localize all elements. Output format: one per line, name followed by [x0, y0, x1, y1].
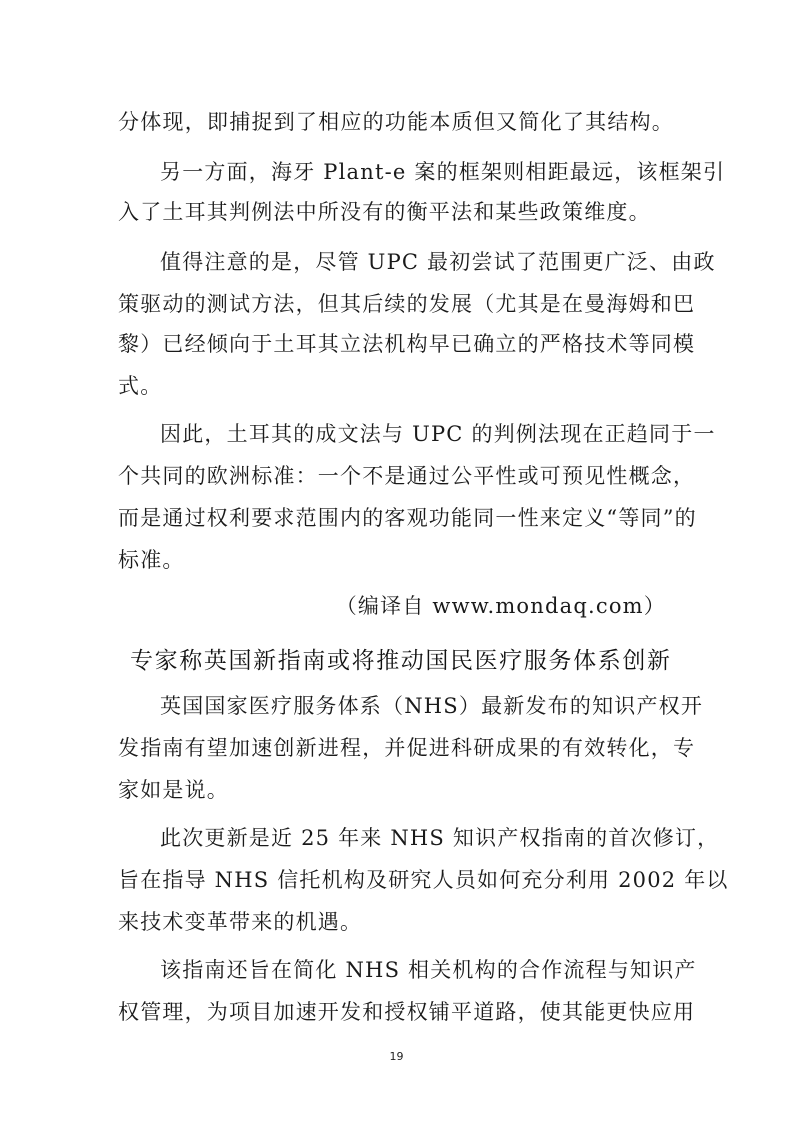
paragraph-line: 来技术变革带来的机遇。: [118, 908, 674, 936]
paragraph-line: 值得注意的是，尽管 UPC 最初尝试了范围更广泛、由政: [160, 248, 674, 276]
paragraph-line: 另一方面，海牙 Plant-e 案的框架则相距最远，该框架引: [160, 158, 674, 186]
paragraph-line: 标准。: [118, 546, 674, 574]
paragraph-line: 该指南还旨在简化 NHS 相关机构的合作流程与知识产: [160, 956, 674, 984]
paragraph-line: 分体现，即捕捉到了相应的功能本质但又简化了其结构。: [118, 108, 674, 136]
paragraph-line: 英国国家医疗服务体系（NHS）最新发布的知识产权开: [160, 692, 674, 720]
paragraph-line: 因此，土耳其的成文法与 UPC 的判例法现在正趋同于一: [160, 420, 674, 448]
paragraph-line: 策驱动的测试方法，但其后续的发展（尤其是在曼海姆和巴: [118, 290, 674, 318]
paragraph-line: 入了土耳其判例法中所没有的衡平法和某些政策维度。: [118, 198, 674, 226]
paragraph-line: 个共同的欧洲标准：一个不是通过公平性或可预见性概念，: [118, 462, 674, 490]
paragraph-line: 黎）已经倾向于土耳其立法机构早已确立的严格技术等同模: [118, 330, 674, 358]
paragraph-line: 权管理，为项目加速开发和授权铺平道路，使其能更快应用: [118, 998, 674, 1026]
source-attribution: （编译自 www.mondaq.com）: [118, 592, 666, 620]
article-title: 专家称英国新指南或将推动国民医疗服务体系创新: [130, 646, 670, 676]
paragraph-line: 发指南有望加速创新进程，并促进科研成果的有效转化，专: [118, 734, 674, 762]
document-page: 分体现，即捕捉到了相应的功能本质但又简化了其结构。 另一方面，海牙 Plant-…: [0, 0, 793, 1122]
paragraph-line: 而是通过权利要求范围内的客观功能同一性来定义“等同”的: [118, 504, 674, 532]
paragraph-line: 此次更新是近 25 年来 NHS 知识产权指南的首次修订，: [160, 824, 674, 852]
paragraph-line: 旨在指导 NHS 信托机构及研究人员如何充分利用 2002 年以: [118, 866, 674, 894]
paragraph-line: 家如是说。: [118, 776, 674, 804]
paragraph-line: 式。: [118, 372, 674, 400]
page-number: 19: [0, 1050, 793, 1063]
